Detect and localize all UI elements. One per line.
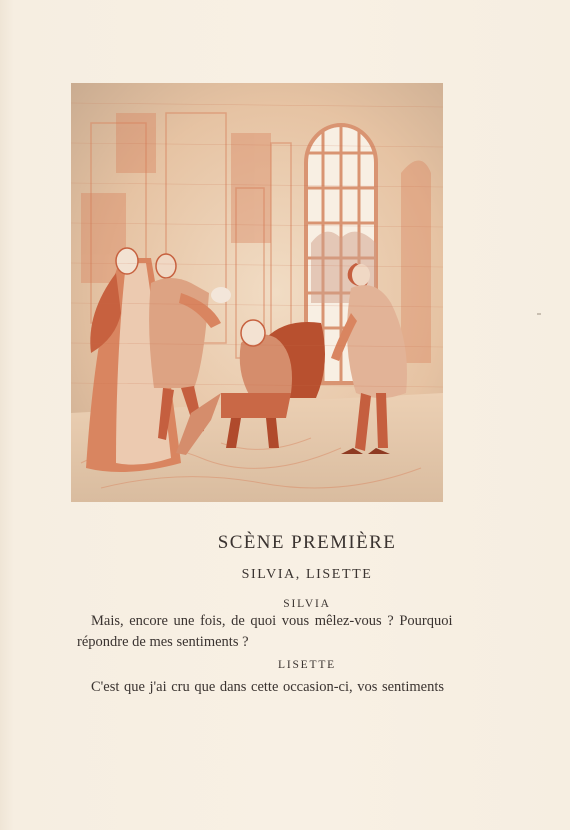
paper-speck — [537, 313, 541, 315]
scene-characters: SILVIA, LISETTE — [44, 567, 570, 583]
dialogue-line: C'est que j'ai cru que dans cette occasi… — [91, 679, 444, 696]
book-page: SCÈNE PREMIÈRE SILVIA, LISETTE SILVIA Ma… — [0, 0, 570, 830]
speaker-name: LISETTE — [44, 659, 570, 671]
engraving-illustration-icon — [71, 83, 443, 502]
speaker-name: SILVIA — [44, 598, 570, 610]
dialogue-line: Mais, encore une fois, de quoi vous mêle… — [91, 613, 444, 630]
dialogue-line: répondre de mes sentiments ? — [77, 634, 249, 651]
illustration-plate — [71, 83, 443, 502]
scene-title: SCÈNE PREMIÈRE — [44, 532, 570, 554]
